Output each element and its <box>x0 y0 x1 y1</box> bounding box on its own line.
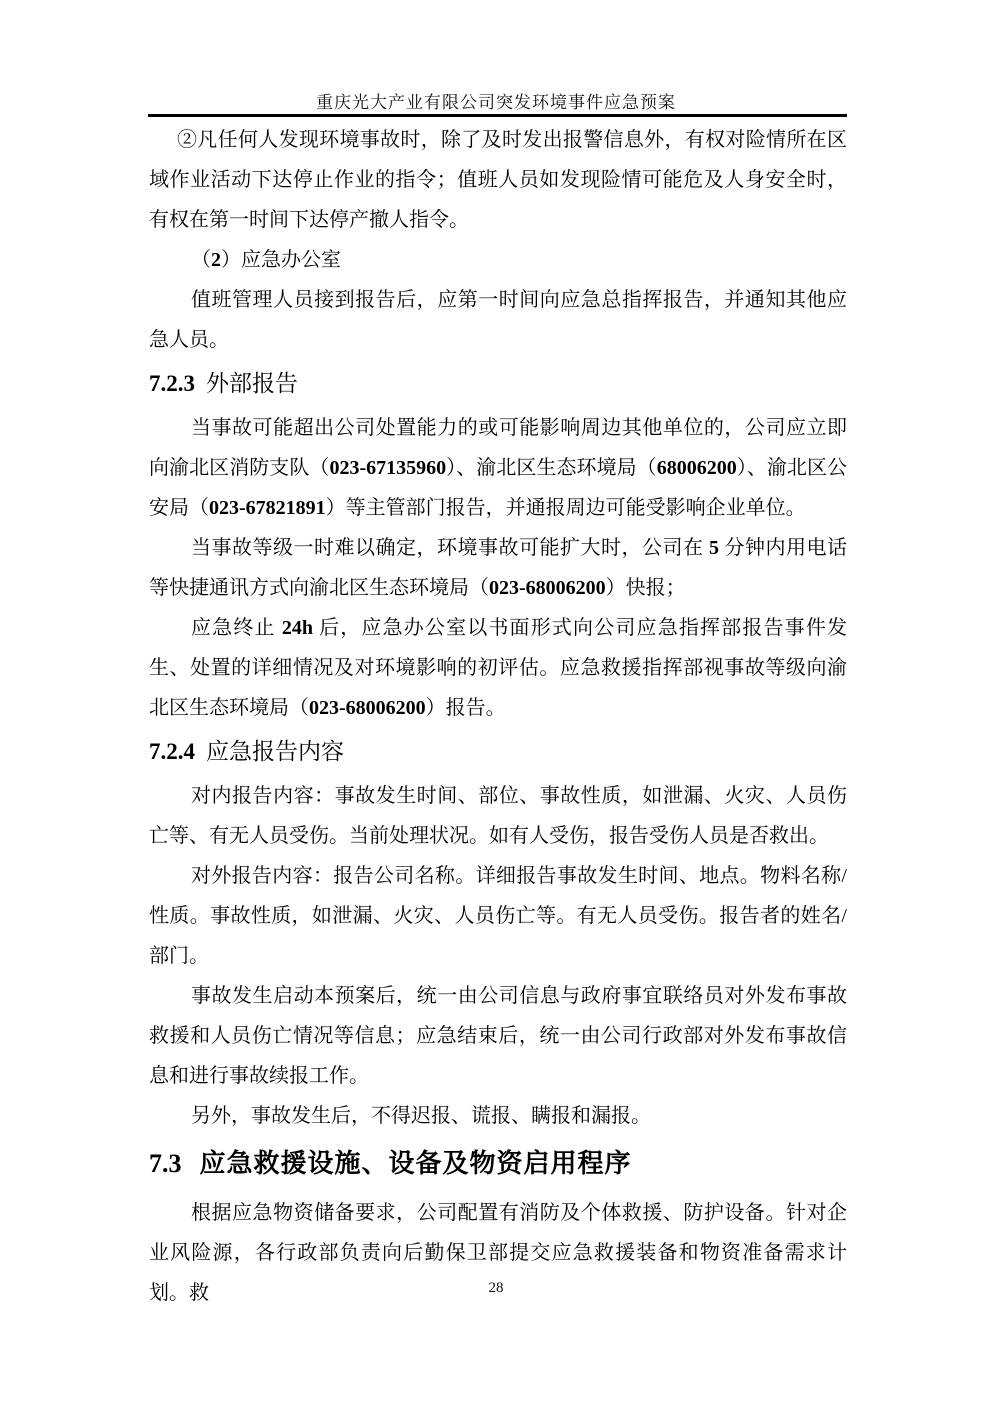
text-run: 应急终止 <box>191 617 282 639</box>
phone-number: 023-68006200 <box>309 697 426 719</box>
text-run: ）应急办公室 <box>221 249 341 271</box>
section-number: 7.2.3 <box>149 371 195 396</box>
text-run: 值班管理人员接到报告后，应第一时间向应急总指挥报告，并通知其他应急人员。 <box>149 289 847 351</box>
section-title: 应急救援设施、设备及物资启用程序 <box>200 1148 632 1178</box>
text-run: ）等主管部门报告，并通报周边可能受影响企业单位。 <box>326 497 806 519</box>
phone-number: 023-68006200 <box>489 577 606 599</box>
section-number: 7.2.4 <box>149 739 195 764</box>
document-content: ②凡任何人发现环境事故时，除了及时发出报警信息外，有权对险情所在区域作业活动下达… <box>149 120 847 1313</box>
text-run: ）、渝北区生态环境局（ <box>446 457 657 479</box>
paragraph-emergency-office: （2）应急办公室 <box>149 240 847 280</box>
text-run: ②凡任何人发现环境事故时，除了及时发出报警信息外，有权对险情所在区域作业活动下达… <box>149 129 847 231</box>
paragraph-emergency-end: 应急终止 24h 后，应急办公室以书面形式向公司应急指挥部报告事件发生、处置的详… <box>149 608 847 728</box>
minutes-number: 5 <box>709 537 719 559</box>
phone-number: 023-67821891 <box>209 497 326 519</box>
text-run: 对内报告内容：事故发生时间、部位、事故性质，如泄漏、火灾、人员伤亡等、有无人员受… <box>149 785 847 847</box>
text-run: 事故发生启动本预案后，统一由公司信息与政府事宜联络员对外发布事故救援和人员伤亡情… <box>149 985 847 1087</box>
header-rule <box>148 114 847 117</box>
heading-7-2-4: 7.2.4应急报告内容 <box>149 728 847 776</box>
header-title: 重庆光大产业有限公司突发环境事件应急预案 <box>0 88 992 113</box>
paragraph-no-delay: 另外，事故发生后，不得迟报、谎报、瞒报和漏报。 <box>149 1096 847 1136</box>
section-title: 应急报告内容 <box>206 739 344 764</box>
hours-number: 24h <box>282 617 313 639</box>
list-number: 2 <box>211 249 221 271</box>
text-run: 当事故等级一时难以确定，环境事故可能扩大时，公司在 <box>191 537 709 559</box>
paragraph-info-release: 事故发生启动本预案后，统一由公司信息与政府事宜联络员对外发布事故救援和人员伤亡情… <box>149 976 847 1096</box>
text-run: 另外，事故发生后，不得迟报、谎报、瞒报和漏报。 <box>191 1105 651 1127</box>
text-run: ）快报； <box>606 577 686 599</box>
heading-7-2-3: 7.2.3外部报告 <box>149 360 847 408</box>
page-footer: 28 <box>0 1280 992 1297</box>
section-number: 7.3 <box>149 1149 182 1178</box>
paragraph-external-content: 对外报告内容：报告公司名称。详细报告事故发生时间、地点。物料名称/性质。事故性质… <box>149 856 847 976</box>
paragraph-level-uncertain: 当事故等级一时难以确定，环境事故可能扩大时，公司在 5 分钟内用电话等快捷通讯方… <box>149 528 847 608</box>
paragraph-internal-content: 对内报告内容：事故发生时间、部位、事故性质，如泄漏、火灾、人员伤亡等、有无人员受… <box>149 776 847 856</box>
document-page: 重庆光大产业有限公司突发环境事件应急预案 ②凡任何人发现环境事故时，除了及时发出… <box>0 0 992 1403</box>
paragraph-external-report: 当事故可能超出公司处置能力的或可能影响周边其他单位的，公司应立即向渝北区消防支队… <box>149 408 847 528</box>
text-run: （ <box>191 249 211 271</box>
phone-number: 023-67135960 <box>329 457 446 479</box>
text-run: 对外报告内容：报告公司名称。详细报告事故发生时间、地点。物料名称/性质。事故性质… <box>149 865 847 967</box>
phone-number: 68006200 <box>657 457 737 479</box>
page-number: 28 <box>489 1280 504 1296</box>
paragraph-duty-manager: 值班管理人员接到报告后，应第一时间向应急总指挥报告，并通知其他应急人员。 <box>149 280 847 360</box>
heading-7-3: 7.3应急救援设施、设备及物资启用程序 <box>149 1136 847 1191</box>
text-run: ）报告。 <box>426 697 506 719</box>
paragraph-alarm-rights: ②凡任何人发现环境事故时，除了及时发出报警信息外，有权对险情所在区域作业活动下达… <box>149 120 847 240</box>
section-title: 外部报告 <box>206 371 298 396</box>
